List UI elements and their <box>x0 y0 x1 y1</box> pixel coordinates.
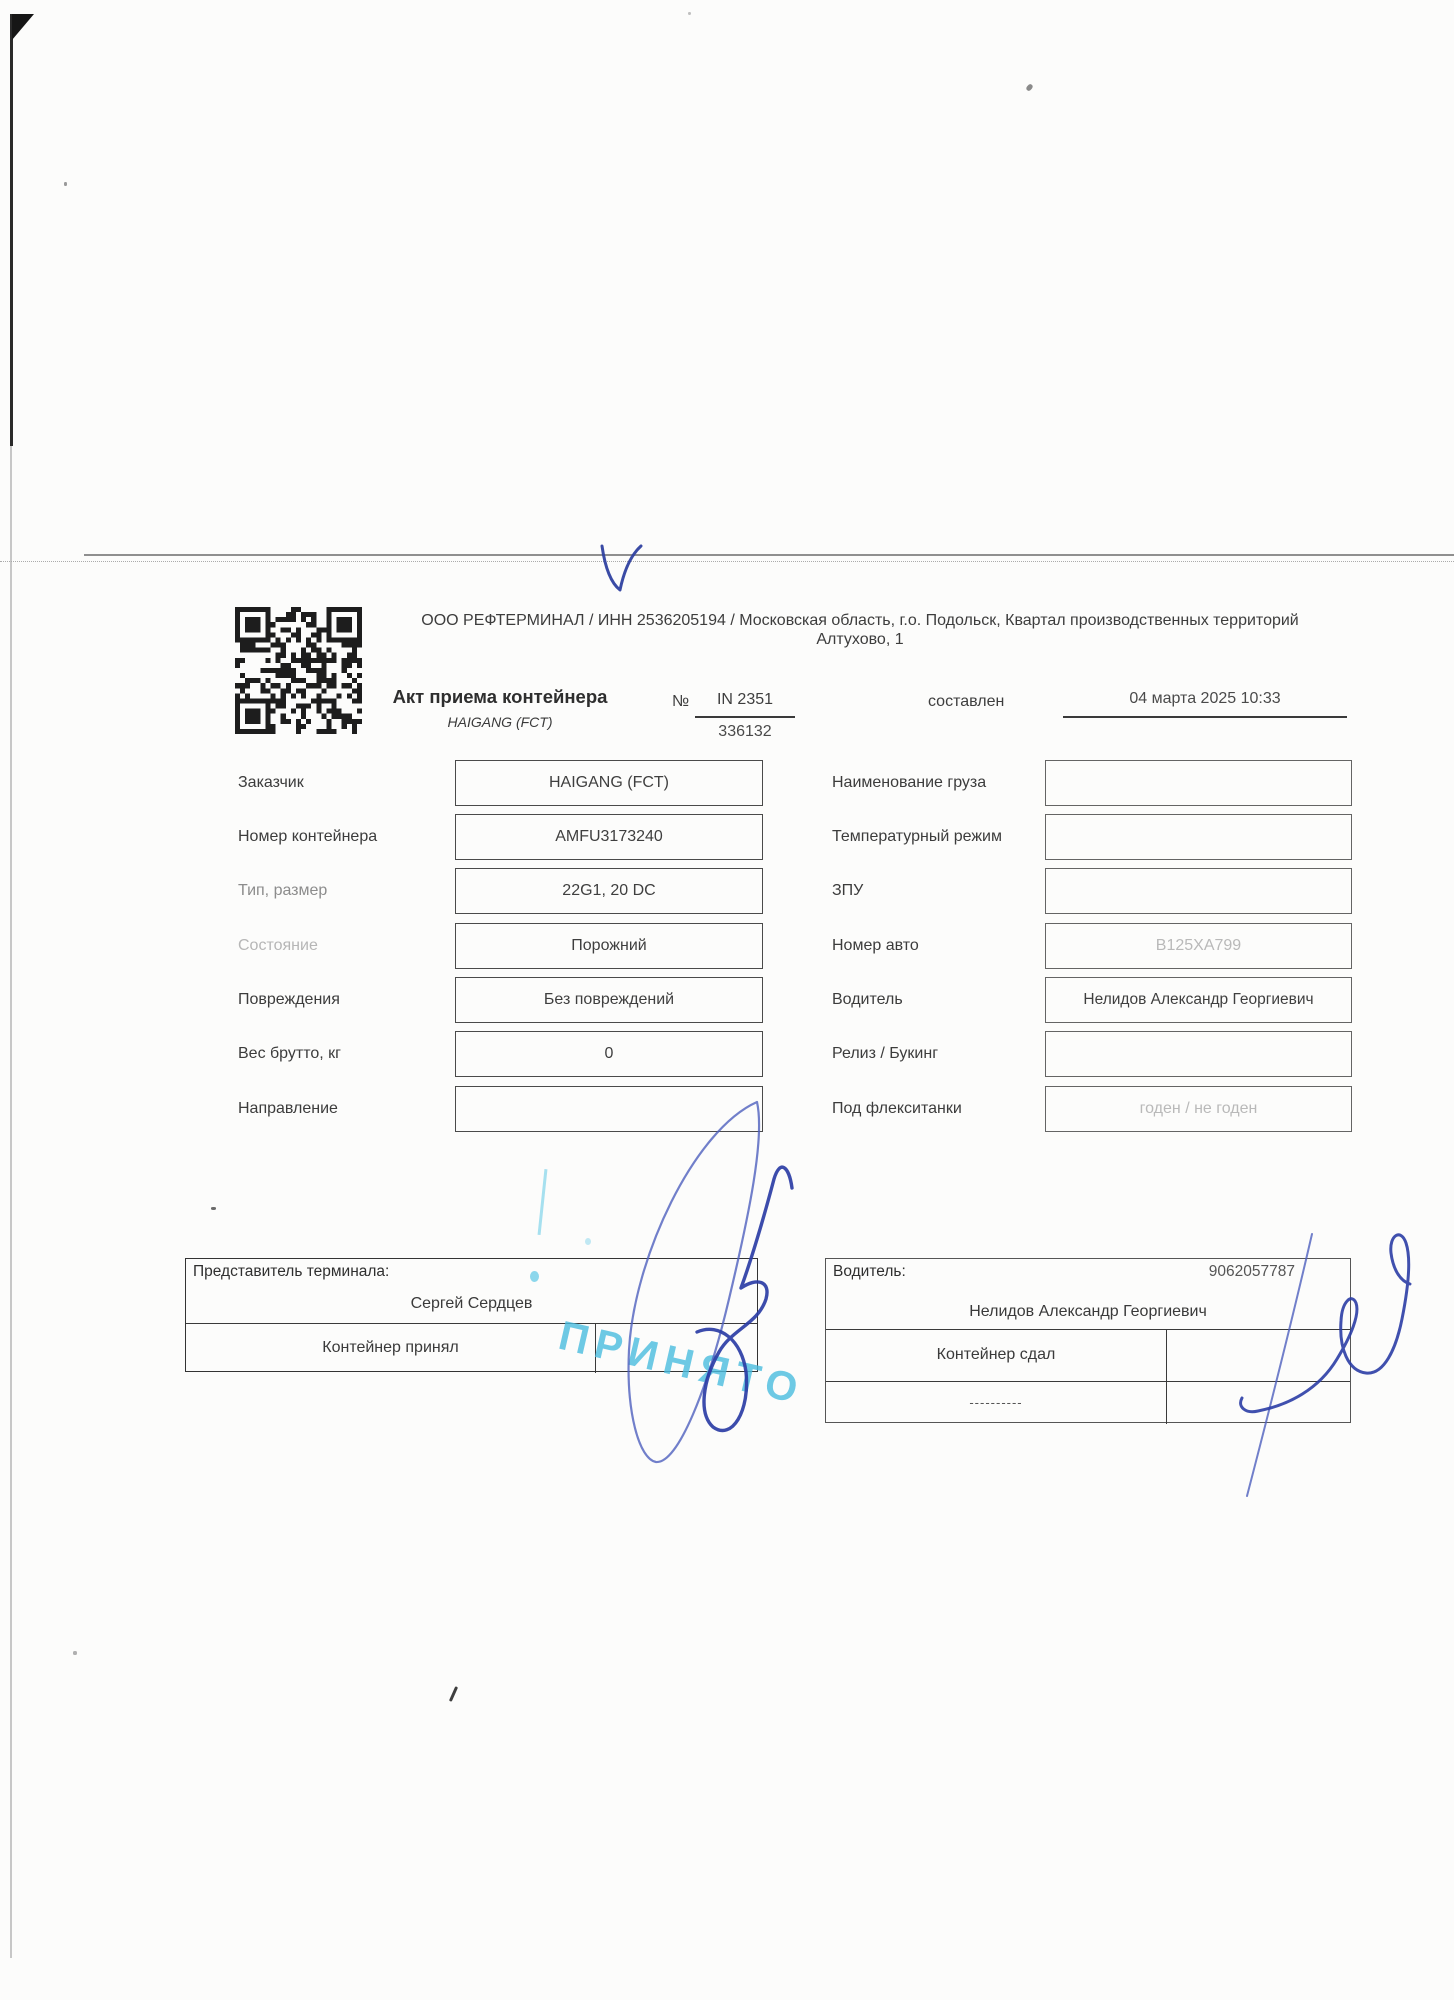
field-value-cargo-name <box>1045 760 1352 806</box>
scan-fold-line <box>84 554 1454 556</box>
scan-edge-line <box>10 14 13 446</box>
scanned-document-page: ООО РЕФТЕРМИНАЛ / ИНН 2536205194 / Моско… <box>0 0 1454 2000</box>
field-value-seal <box>1045 868 1352 914</box>
field-label-gross-weight: Вес брутто, кг <box>238 1045 341 1063</box>
scan-edge-line-faint <box>10 446 12 1958</box>
number-label: № <box>672 693 689 711</box>
field-label-container-number: Номер контейнера <box>238 828 377 846</box>
field-label-truck-number: Номер авто <box>832 937 919 955</box>
field-value-release-booking <box>1045 1031 1352 1077</box>
field-value-customer: HAIGANG (FCT) <box>455 760 763 806</box>
field-value-text: HAIGANG (FCT) <box>549 774 669 792</box>
field-value-temperature-mode <box>1045 814 1352 860</box>
field-label-condition: Состояние <box>238 937 318 955</box>
field-value-gross-weight: 0 <box>455 1031 763 1077</box>
field-label-direction: Направление <box>238 1100 338 1118</box>
field-value-damages: Без повреждений <box>455 977 763 1023</box>
field-value-text: Нелидов Александр Георгиевич <box>1083 991 1313 1009</box>
field-value-flexitank: годен / не годен <box>1045 1086 1352 1132</box>
scan-speck <box>211 1207 216 1210</box>
org-header-line2: Алтухово, 1 <box>360 630 1360 649</box>
field-label-seal: ЗПУ <box>832 882 863 900</box>
field-value-truck-number: В125ХА799 <box>1045 923 1352 969</box>
field-label-driver: Водитель <box>832 991 903 1009</box>
driver-action-cell: Контейнер сдал <box>826 1329 1166 1381</box>
field-value-condition: Порожний <box>455 923 763 969</box>
field-value-container-number: AMFU3173240 <box>455 814 763 860</box>
field-label-flexitank: Под флекситанки <box>832 1100 962 1118</box>
field-value-text: Без повреждений <box>544 991 674 1009</box>
scan-pen-tick <box>449 1686 458 1702</box>
field-label-cargo-name: Наименование груза <box>832 774 986 792</box>
document-subtitle: HAIGANG (FCT) <box>330 714 670 730</box>
field-label-release-booking: Релиз / Букинг <box>832 1045 938 1063</box>
org-header-line1: ООО РЕФТЕРМИНАЛ / ИНН 2536205194 / Моско… <box>360 611 1360 630</box>
pen-checkmark <box>602 546 641 590</box>
field-value-text: В125ХА799 <box>1156 937 1241 955</box>
driver-name: Нелидов Александр Георгиевич <box>826 1303 1350 1321</box>
scan-speck <box>1025 83 1033 92</box>
scan-speck <box>688 12 691 15</box>
field-value-driver: Нелидов Александр Георгиевич <box>1045 977 1352 1023</box>
field-label-type-size: Тип, размер <box>238 882 327 900</box>
scan-corner-mark <box>12 14 34 40</box>
terminal-table-header: Представитель терминала: <box>193 1263 389 1281</box>
field-value-text: 22G1, 20 DC <box>562 882 655 900</box>
stamp-ink-dot <box>530 1271 539 1282</box>
stamp-ink-dot <box>585 1238 591 1245</box>
scan-speck <box>64 182 67 186</box>
scan-perforation-line <box>0 561 1454 562</box>
field-label-damages: Повреждения <box>238 991 340 1009</box>
field-value-text: годен / не годен <box>1140 1100 1258 1118</box>
driver-signature-cell <box>1166 1329 1352 1424</box>
number-value: IN 2351 <box>695 691 795 718</box>
terminal-action-cell: Контейнер принял <box>186 1323 595 1373</box>
field-label-customer: Заказчик <box>238 774 304 792</box>
field-value-text: AMFU3173240 <box>555 828 663 846</box>
driver-signature-table: Водитель: 9062057787 Нелидов Александр Г… <box>825 1258 1351 1423</box>
org-header: ООО РЕФТЕРМИНАЛ / ИНН 2536205194 / Моско… <box>360 611 1360 649</box>
driver-phone-number: 9062057787 <box>1209 1263 1295 1281</box>
field-value-text: Порожний <box>571 937 646 955</box>
field-value-direction <box>455 1086 763 1132</box>
composed-label: составлен <box>928 693 1004 711</box>
scan-speck <box>73 1651 77 1655</box>
field-value-type-size: 22G1, 20 DC <box>455 868 763 914</box>
field-label-temperature-mode: Температурный режим <box>832 828 1002 846</box>
document-title: Акт приема контейнера <box>330 686 670 708</box>
terminal-representative-name: Сергей Сердцев <box>186 1295 757 1313</box>
stamp-ink-remnant <box>538 1169 547 1235</box>
driver-table-header: Водитель: <box>833 1263 906 1281</box>
number-secondary: 336132 <box>695 723 795 741</box>
composed-date: 04 марта 2025 10:33 <box>1063 690 1347 718</box>
field-value-text: 0 <box>605 1045 614 1063</box>
driver-dashes-cell: ---------- <box>826 1381 1166 1424</box>
